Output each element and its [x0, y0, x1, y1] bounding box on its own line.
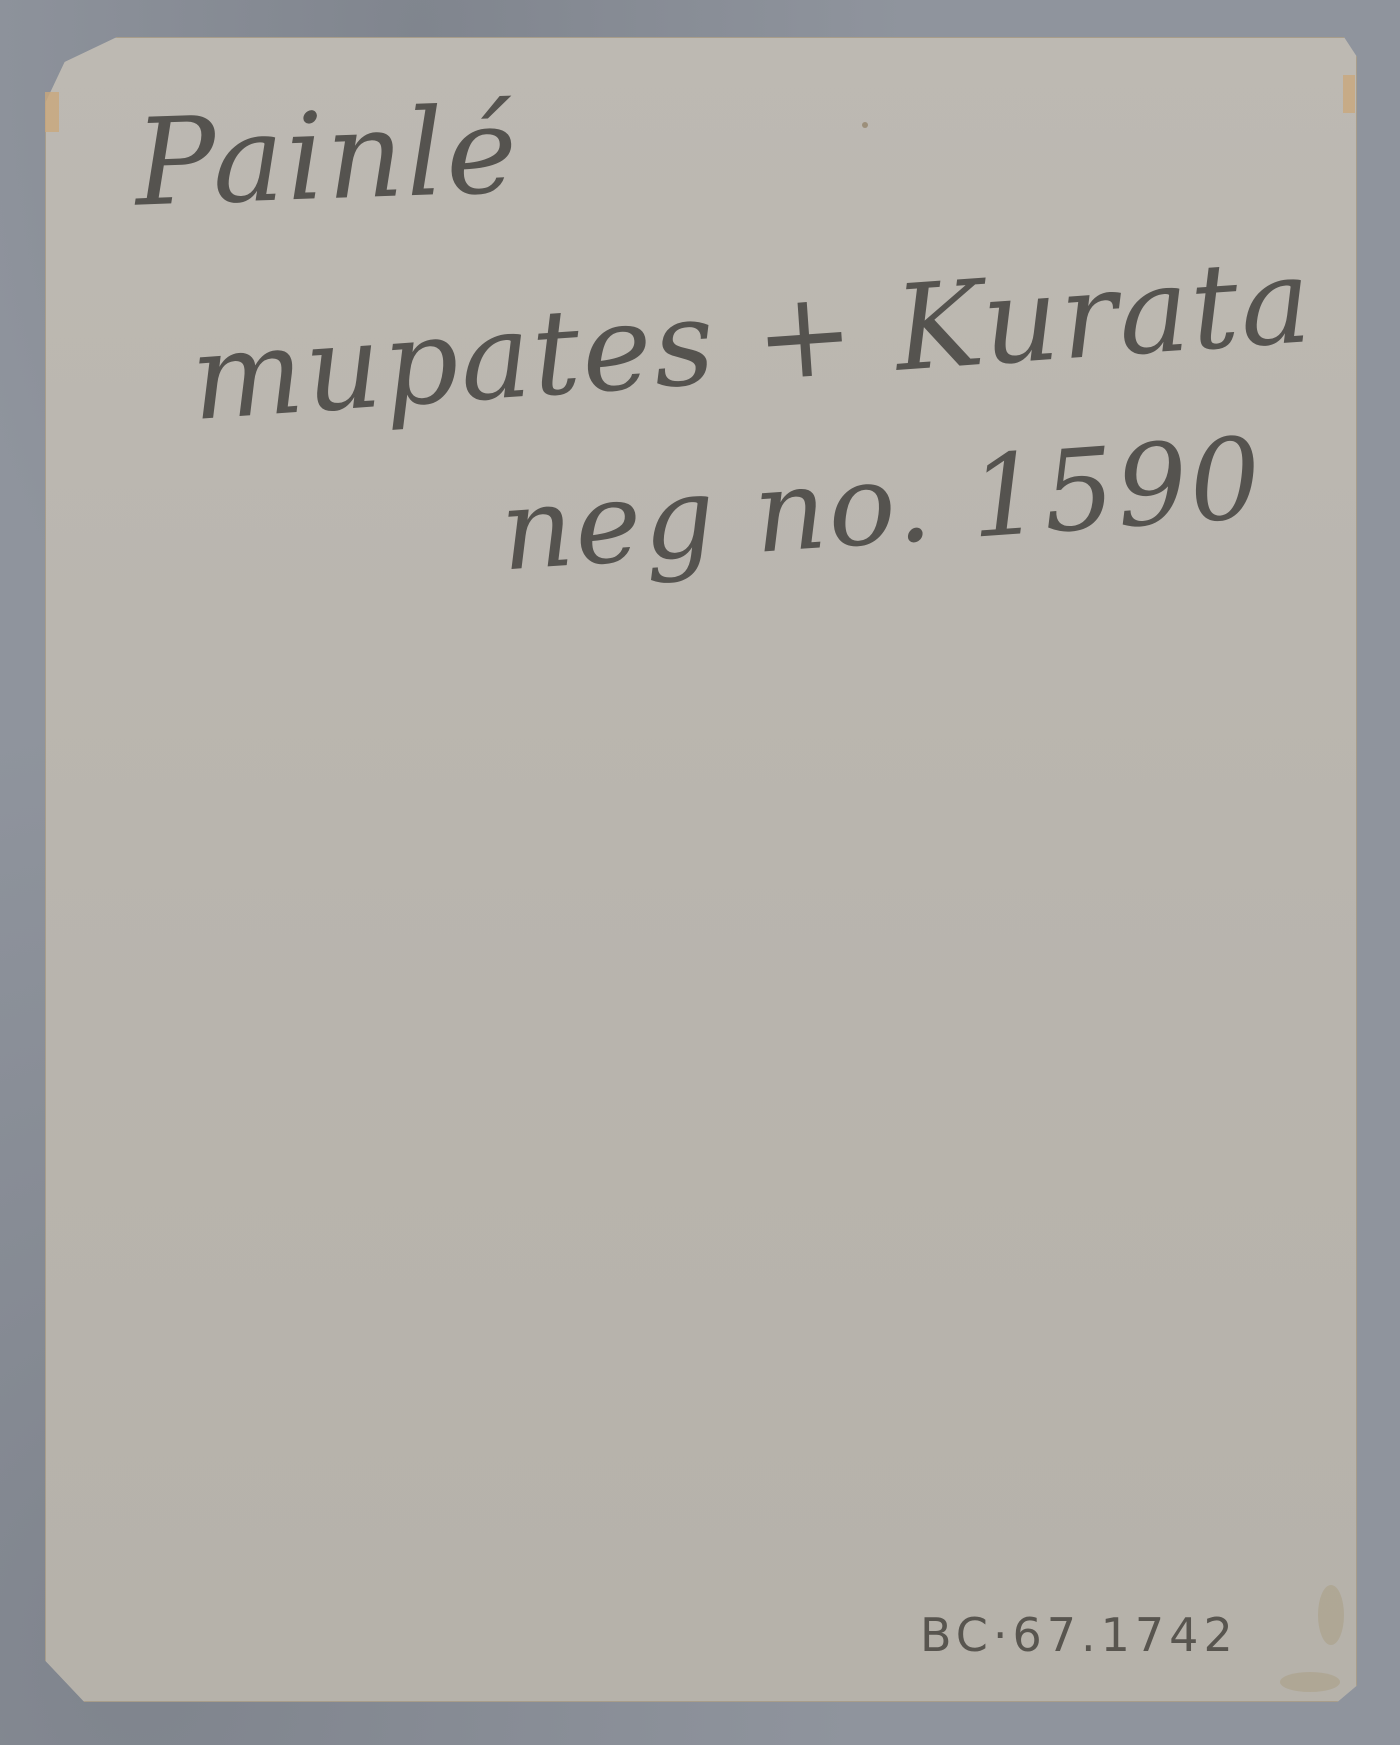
catalog-number: BC·67.1742	[920, 1608, 1238, 1662]
ink-dot	[862, 122, 868, 128]
bottom-right-stain-2	[1280, 1672, 1340, 1692]
handwritten-line-1: Painlé	[133, 81, 522, 233]
top-right-edge-wear	[1343, 75, 1355, 113]
bottom-right-stain	[1318, 1585, 1344, 1645]
top-left-edge-wear	[45, 92, 59, 132]
